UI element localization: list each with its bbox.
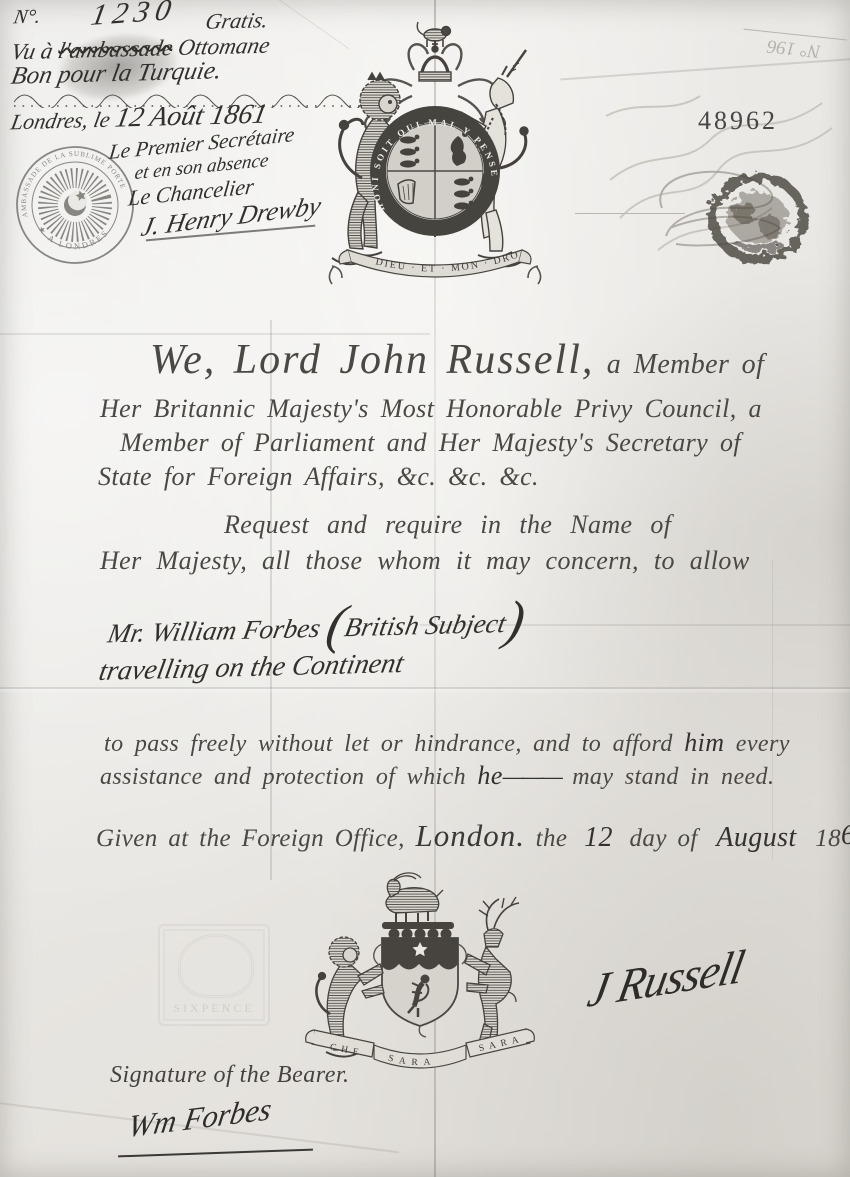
passport-document: N° 196 48962 N°. 1230 Gratis. Vu à l'amb… bbox=[0, 0, 850, 1177]
grant-text: to pass freely without let or hindrance,… bbox=[104, 731, 684, 757]
embossed-stamp: SIXPENCE bbox=[158, 924, 270, 1026]
number-label: N°. bbox=[12, 6, 43, 30]
given-text: 18 bbox=[815, 825, 841, 852]
given-text: the bbox=[536, 825, 568, 852]
ink-stamp bbox=[702, 168, 814, 272]
bearer-signature-underline bbox=[118, 1149, 313, 1157]
visa-prefix: Vu à bbox=[9, 38, 61, 64]
gratis-note: Gratis. bbox=[203, 7, 270, 35]
given-city: London. bbox=[416, 818, 526, 853]
serial-number: 48962 bbox=[698, 106, 778, 136]
given-day: 12 bbox=[584, 822, 613, 853]
body-line: Her Britannic Majesty's Most Honorable P… bbox=[100, 394, 762, 424]
hand-insert-he: he bbox=[477, 761, 502, 790]
given-month: August bbox=[716, 822, 796, 853]
date-prefix: Londres, le bbox=[9, 107, 118, 135]
visa-suffix: Ottomane bbox=[170, 33, 272, 61]
body-line: State for Foreign Affairs, &c. &c. &c. bbox=[98, 462, 539, 492]
grant-text: may stand in need. bbox=[561, 764, 775, 790]
russell-family-crest: CHE SARA SARA bbox=[278, 872, 562, 1082]
crease bbox=[0, 333, 430, 335]
body-line: Member of Parliament and Her Majesty's S… bbox=[120, 428, 741, 458]
crease bbox=[772, 560, 773, 860]
request-line: Her Majesty, all those whom it may conce… bbox=[100, 546, 750, 576]
given-line: Given at the Foreign Office, London. the… bbox=[96, 818, 850, 854]
hand-insert-him: him bbox=[684, 728, 724, 757]
opening-large: We, Lord John Russell, bbox=[150, 337, 594, 383]
embossed-ornament bbox=[178, 934, 254, 998]
secretary-of-state-signature: J Russell bbox=[584, 939, 749, 1019]
grant-line: to pass freely without let or hindrance,… bbox=[104, 728, 790, 758]
secretary-block: Le Premier Secrétaire et en son absence … bbox=[109, 123, 321, 242]
grant-line: assistance and protection of which he———… bbox=[100, 761, 774, 791]
request-line: Request and require in the Name of bbox=[224, 510, 671, 540]
bearer-status: British Subject bbox=[342, 608, 508, 642]
given-text: day of bbox=[630, 825, 698, 852]
bearer-signature: Wm Forbes bbox=[126, 1091, 275, 1146]
given-text: Given at the Foreign Office, bbox=[96, 825, 405, 852]
hand-dash: ——— bbox=[503, 764, 561, 790]
given-year: 61 bbox=[841, 820, 850, 851]
opening-rest: a Member of bbox=[594, 349, 764, 380]
passport-number: 1230 bbox=[88, 0, 179, 33]
paren-close: ) bbox=[501, 590, 530, 650]
grant-text: assistance and protection of which bbox=[100, 764, 477, 790]
grant-text: every bbox=[724, 731, 789, 757]
travel-line: travelling on the Continent bbox=[96, 648, 406, 688]
bearer-signature-label: Signature of the Bearer. bbox=[110, 1062, 350, 1089]
opening-line: We, Lord John Russell, a Member of bbox=[150, 336, 764, 384]
bearer-name: Mr. William Forbes bbox=[106, 613, 330, 649]
embossed-text: SIXPENCE bbox=[160, 1001, 268, 1016]
crease bbox=[0, 687, 850, 689]
